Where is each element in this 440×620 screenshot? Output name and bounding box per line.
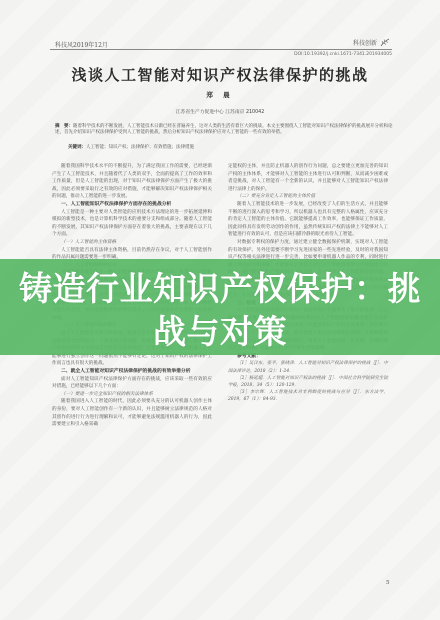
page-number: 5: [386, 580, 390, 586]
reference-item: ［1］吴汉东，张平，张晓津．人工智能对知识产权法律保护的挑战［J］．中国法律评论…: [228, 360, 388, 374]
section-heading: 一、人工智能知识产权法律保护方面存在的挑战分析: [52, 201, 212, 209]
keywords: 关键词：人工智能；知识产权；法律保护；有效措施；法律措施: [68, 144, 398, 150]
journal-issue: 科技风2019年12月: [55, 40, 108, 49]
section-heading: 二、就全人工智能对知识产权法律保护的挑战的有效举措分析: [52, 368, 212, 376]
reference-item: ［2］杨延超．人工智能对知识产权法的挑战［J］．中国社会科学院研究生院学报，20…: [228, 375, 388, 389]
document-page: 科技风2019年12月 科技创新 DOI:10.19392/j.cnki.167…: [0, 0, 440, 620]
intro-paragraph: 随着我国科学技术水平的不断提升，为了满足我国工作的需要，已经逐渐产生了人工智能技…: [52, 163, 212, 201]
body-paragraph: 人工智能是一种主要对人类智能的应用技术方法理论的进一步拓展延伸和模拟的新型技术，…: [52, 209, 212, 239]
subsection-heading: （二）要充分肯定人工智能的主体价值: [228, 193, 388, 201]
abstract-label: 摘 要：: [55, 124, 73, 129]
keywords-label: 关键词：: [68, 145, 86, 150]
reference-item: ［3］李宗辉．人工智能技术对专利制度的挑战与应对［J］．东方法学，2019，67…: [228, 389, 388, 403]
article-title: 浅谈人工智能对知识产权法律保护的挑战: [0, 64, 440, 85]
doi-text: DOI:10.19392/j.cnki.1671-7341.201934005: [294, 52, 392, 57]
body-paragraph: 随着我国进入人工智能的时代，因此必须要从充分的认可机器人创作主体的身份，要对人工…: [52, 398, 212, 428]
header-divider: [50, 49, 392, 50]
abstract: 摘 要：随着科学技术的不断发展，人工智能技术日渐已经在普遍养生，这对人类的生活有…: [55, 124, 395, 136]
banner-headline-line1: 铸造行业知识产权保护：挑: [0, 267, 440, 310]
headline-banner: 铸造行业知识产权保护：挑 战与对策: [0, 259, 440, 355]
banner-headline: 铸造行业知识产权保护：挑 战与对策: [0, 267, 440, 353]
leaf-logo-icon: [380, 38, 390, 47]
journal-section: 科技创新: [353, 38, 390, 47]
body-paragraph: 随着人工智能技术的进一步发展，已经改变了人们的生活方式，并且能够不断的进行深入的…: [228, 201, 388, 239]
body-paragraph: 定能权的主体，并且防止机器人的创作行为问题，总之要建立更加完善的知识产权的主体体…: [228, 163, 388, 193]
section-label: 科技创新: [353, 38, 377, 47]
subsection-heading: （一）人工智能的主体资格: [52, 239, 212, 247]
subsection-heading: （一）要进一步完全知识产权的相关法律体系: [52, 391, 212, 399]
banner-headline-line2: 战与对策: [0, 310, 440, 353]
keywords-text: 人工智能；知识产权；法律保护；有效措施；法律措施: [86, 145, 194, 150]
body-paragraph: 面对人工智能知识产权法律保护方面存在的挑战，应该采取一些有效的应对措施，已经能够…: [52, 376, 212, 391]
abstract-text: 随着科学技术的不断发展，人工智能技术日渐已经在普遍养生，这对人类的生活有着巨大的…: [55, 124, 393, 135]
article-affiliation: 江苏省生产力促进中心 江苏南京 210042: [0, 108, 440, 115]
article-author: 郑 晨: [0, 90, 440, 99]
